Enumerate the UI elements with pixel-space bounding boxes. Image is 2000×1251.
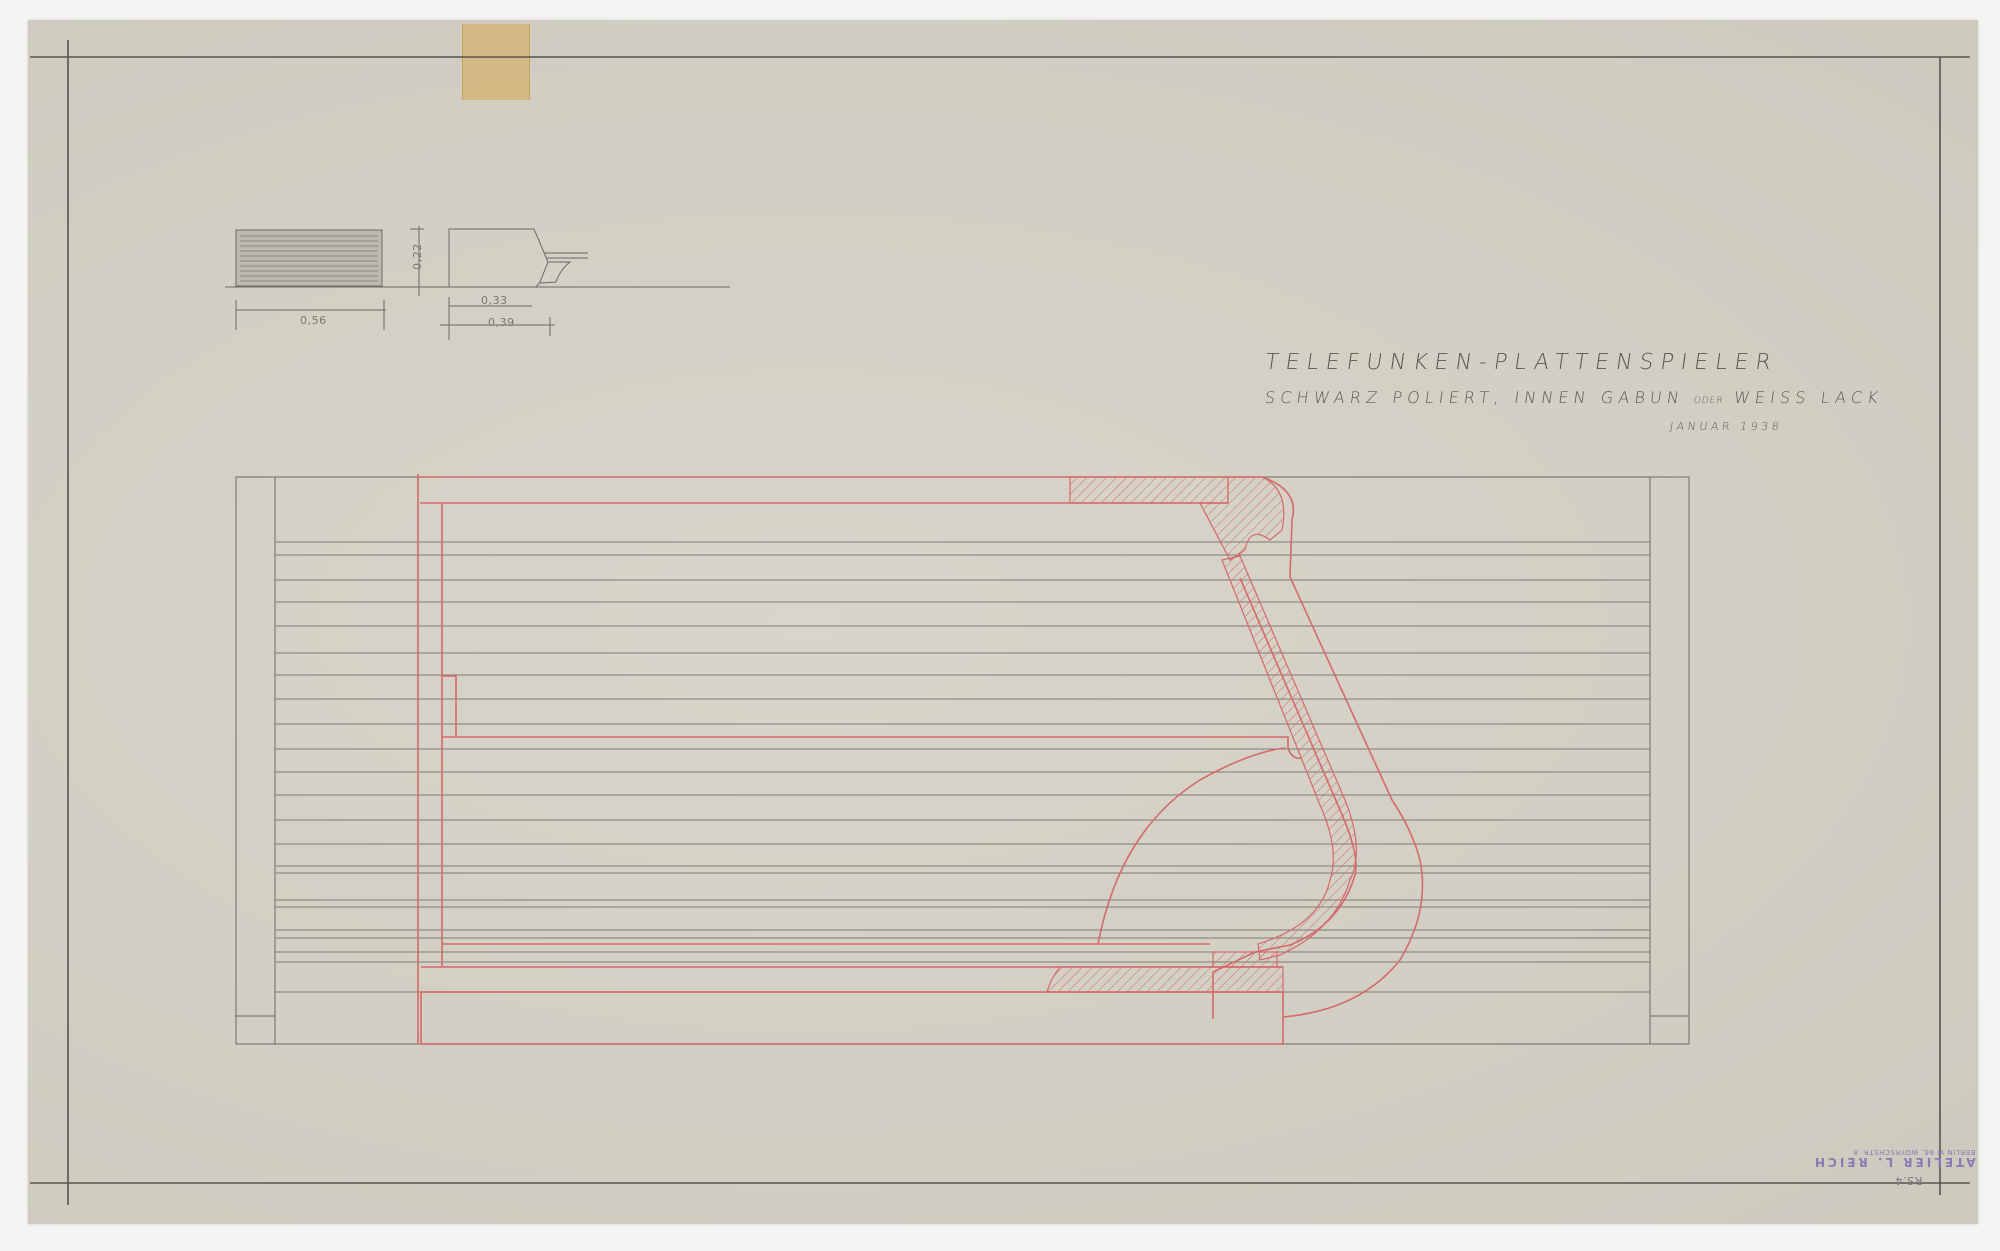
- border-frame: [30, 40, 1970, 1205]
- technical-drawing: [0, 0, 2000, 1251]
- horizontal-slats: [275, 542, 1650, 992]
- finish-connector: ODER: [1693, 396, 1724, 406]
- stamp-line1: ATELIER L. REICH: [1812, 1155, 1976, 1168]
- drawing-subtitle: SCHWARZ POLIERT, INNEN GABUN ODER WEISS …: [1264, 388, 1885, 407]
- drawing-date: JANUAR 1938: [1669, 420, 1783, 433]
- dimension-depth-inner: 0,33: [481, 294, 508, 307]
- drawing-title: TELEFUNKEN-PLATTENSPIELER: [1263, 350, 1779, 375]
- hatched-sections: [1047, 477, 1356, 992]
- inventory-mark: RS.4: [1895, 1174, 1922, 1187]
- dimension-depth-total: 0,39: [488, 316, 515, 329]
- main-section-graphite: [236, 477, 1689, 1044]
- dimension-front-width: 0,56: [300, 314, 327, 327]
- finish-part2: WEISS LACK: [1733, 388, 1885, 407]
- atelier-stamp: ATELIER L. REICH BERLIN W 66, WOYRSCHSTR…: [1812, 1148, 1976, 1168]
- dimension-height: 0,22: [411, 243, 424, 270]
- finish-part1: SCHWARZ POLIERT, INNEN GABUN: [1264, 388, 1686, 407]
